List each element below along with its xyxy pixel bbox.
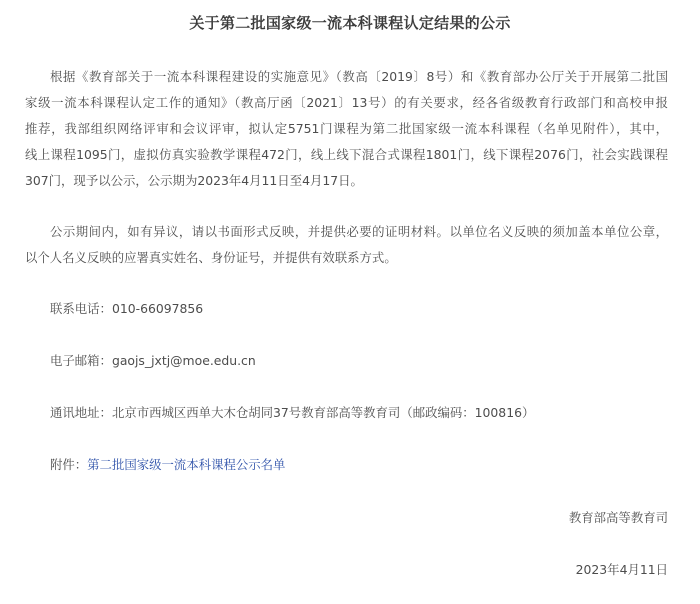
attachment: 附件：第二批国家级一流本科课程公示名单 (50, 457, 285, 473)
issue-date: 2023年4月11日 (576, 562, 668, 578)
paragraph-line: 线上课程1095门，虚拟仿真实验教学课程472门，线上线下混合式课程1801门，… (25, 147, 668, 163)
paragraph-line: 307门，现予以公示，公示期为2023年4月11日至4月17日。 (25, 173, 363, 189)
email-label: 电子邮箱： (50, 353, 112, 368)
attachment-link[interactable]: 第二批国家级一流本科课程公示名单 (87, 457, 285, 472)
phone-value: 010-66097856 (112, 301, 203, 316)
paragraph-line: 公示期间内，如有异议，请以书面形式反映，并提供必要的证明材料。以单位名义反映的须… (50, 224, 668, 240)
paragraph-line: 推荐，我部组织网络评审和会议评审，拟认定5751门课程为第二批国家级一流本科课程… (25, 121, 668, 137)
contact-phone: 联系电话：010-66097856 (50, 301, 203, 317)
address-label: 通讯地址： (50, 405, 112, 420)
attachment-label: 附件： (50, 457, 87, 472)
paragraph-line: 家级一流本科课程认定工作的通知》（教高厅函〔2021〕13号）的有关要求，经各省… (25, 95, 668, 111)
paragraph-line: 根据《教育部关于一流本科课程建设的实施意见》（教高〔2019〕8号）和《教育部办… (50, 69, 668, 85)
address-value: 北京市西城区西单大木仓胡同37号教育部高等教育司（邮政编码：100816） (112, 405, 534, 420)
phone-label: 联系电话： (50, 301, 112, 316)
email-value: gaojs_jxtj@moe.edu.cn (112, 353, 256, 368)
notice-title: 关于第二批国家级一流本科课程认定结果的公示 (0, 12, 700, 33)
contact-address: 通讯地址：北京市西城区西单大木仓胡同37号教育部高等教育司（邮政编码：10081… (50, 405, 534, 421)
contact-email: 电子邮箱：gaojs_jxtj@moe.edu.cn (50, 353, 256, 369)
issuer-signature: 教育部高等教育司 (569, 510, 668, 526)
paragraph-line: 以个人名义反映的应署真实姓名、身份证号，并提供有效联系方式。 (25, 250, 397, 266)
